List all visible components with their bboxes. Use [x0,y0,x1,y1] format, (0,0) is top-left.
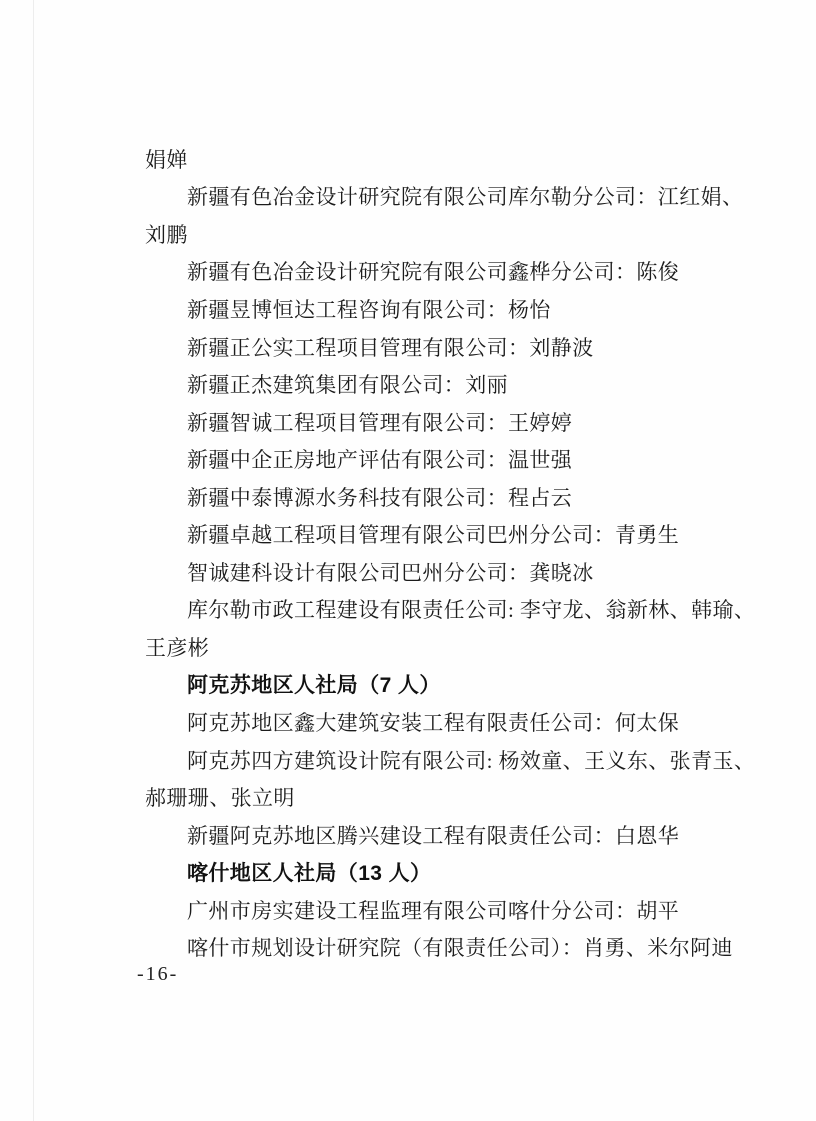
document-line: 王彦彬 [145,628,755,666]
document-line: 广州市房实建设工程监理有限公司喀什分公司：胡平 [145,891,755,929]
document-line: 郝珊珊、张立明 [145,778,755,816]
document-body: 娟婵新疆有色冶金设计研究院有限公司库尔勒分公司：江红娟、刘鹏新疆有色冶金设计研究… [145,140,755,966]
document-line: 阿克苏四方建筑设计院有限公司: 杨效童、王义东、张青玉、 [145,741,755,779]
document-line: 娟婵 [145,140,755,178]
document-line: 新疆中企正房地产评估有限公司：温世强 [145,440,755,478]
document-line: 新疆卓越工程项目管理有限公司巴州分公司：青勇生 [145,515,755,553]
document-line: 库尔勒市政工程建设有限责任公司: 李守龙、翁新林、韩瑜、 [145,591,755,629]
document-line: 新疆阿克苏地区腾兴建设工程有限责任公司：白恩华 [145,816,755,854]
page-number: -16- [137,963,178,986]
document-line: 新疆昱博恒达工程咨询有限公司：杨怡 [145,290,755,328]
document-line: 智诚建科设计有限公司巴州分公司：龚晓冰 [145,553,755,591]
document-line: 新疆中泰博源水务科技有限公司：程占云 [145,478,755,516]
document-line: 新疆有色冶金设计研究院有限公司鑫桦分公司：陈俊 [145,253,755,291]
document-line: 新疆有色冶金设计研究院有限公司库尔勒分公司：江红娟、 [145,178,755,216]
document-page: 娟婵新疆有色冶金设计研究院有限公司库尔勒分公司：江红娟、刘鹏新疆有色冶金设计研究… [0,0,816,1121]
document-line: 喀什市规划设计研究院（有限责任公司）：肖勇、米尔阿迪 [145,928,755,966]
document-line: 阿克苏地区鑫大建筑安装工程有限责任公司：何太保 [145,703,755,741]
section-heading: 喀什地区人社局（13 人） [145,853,755,891]
scan-line-artifact [33,0,34,1121]
section-heading: 阿克苏地区人社局（7 人） [145,666,755,704]
document-line: 新疆智诚工程项目管理有限公司：王婷婷 [145,403,755,441]
document-line: 新疆正公实工程项目管理有限公司：刘静波 [145,328,755,366]
document-line: 刘鹏 [145,215,755,253]
document-line: 新疆正杰建筑集团有限公司：刘丽 [145,365,755,403]
